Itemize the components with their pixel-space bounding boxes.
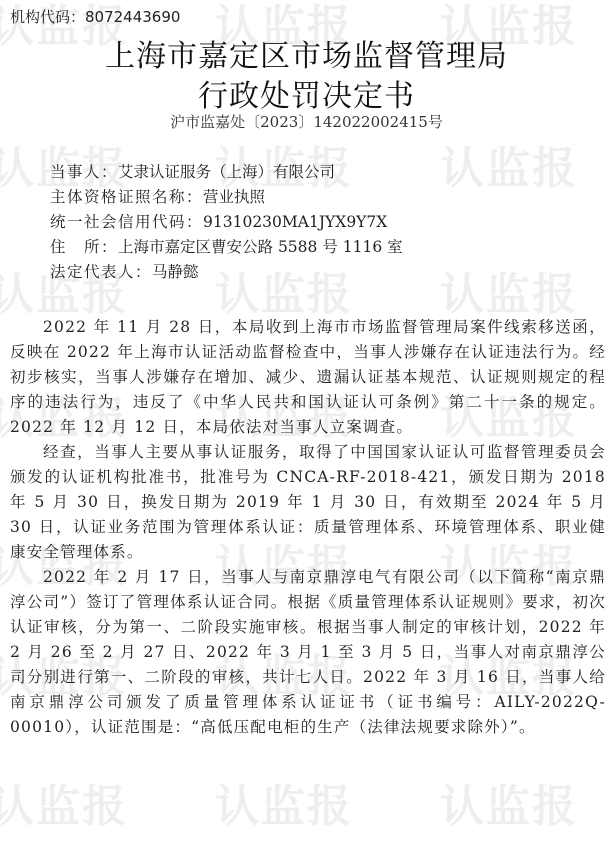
party-label: 当事人： [50,163,118,181]
party-label: 住 所： [50,238,118,256]
party-label: 统一社会信用代码： [50,213,203,231]
party-row-address: 住 所：上海市嘉定区曹安公路 5588 号 1116 室 [50,235,600,260]
document-number: 沪市监嘉处〔2023〕142022002415号 [0,112,613,132]
party-label: 主体资格证照名称： [50,188,203,206]
party-row-license: 主体资格证照名称：营业执照 [50,185,600,210]
party-value: 上海市嘉定区曹安公路 5588 号 1116 室 [118,238,403,256]
watermark-text: 认监报 [215,770,353,834]
watermark-text: 认监报 [0,770,128,834]
paragraph-case-origin: 2022 年 11 月 28 日，本局收到上海市市场监督管理局案件线索移送函，反… [10,315,606,440]
party-value: 马静懿 [152,263,199,281]
paragraph-certification-details: 2022 年 2 月 17 日，当事人与南京鼎淳电气有限公司（以下简称“南京鼎淳… [10,565,606,740]
org-code: 机构代码：8072443690 [10,6,180,27]
party-value: 艾隶认证服务（上海）有限公司 [118,163,335,181]
party-info: 当事人：艾隶认证服务（上海）有限公司 主体资格证照名称：营业执照 统一社会信用代… [50,160,600,285]
party-label: 法定代表人： [50,263,152,281]
paragraph-investigation-findings: 经查，当事人主要从事认证服务，取得了中国国家认证认可监督管理委员会颁发的认证机构… [10,440,606,565]
party-row-legal-rep: 法定代表人：马静懿 [50,260,600,285]
watermark-text: 认监报 [440,770,578,834]
party-value: 91310230MA1JYX9Y7X [203,213,387,231]
party-row-credit-code: 统一社会信用代码：91310230MA1JYX9Y7X [50,210,600,235]
document-type-title: 行政处罚决定书 [0,78,613,116]
decision-body: 2022 年 11 月 28 日，本局收到上海市市场监督管理局案件线索移送函，反… [10,315,606,740]
party-value: 营业执照 [203,188,265,206]
party-row-name: 当事人：艾隶认证服务（上海）有限公司 [50,160,600,185]
issuing-authority-title: 上海市嘉定区市场监督管理局 [0,36,613,78]
